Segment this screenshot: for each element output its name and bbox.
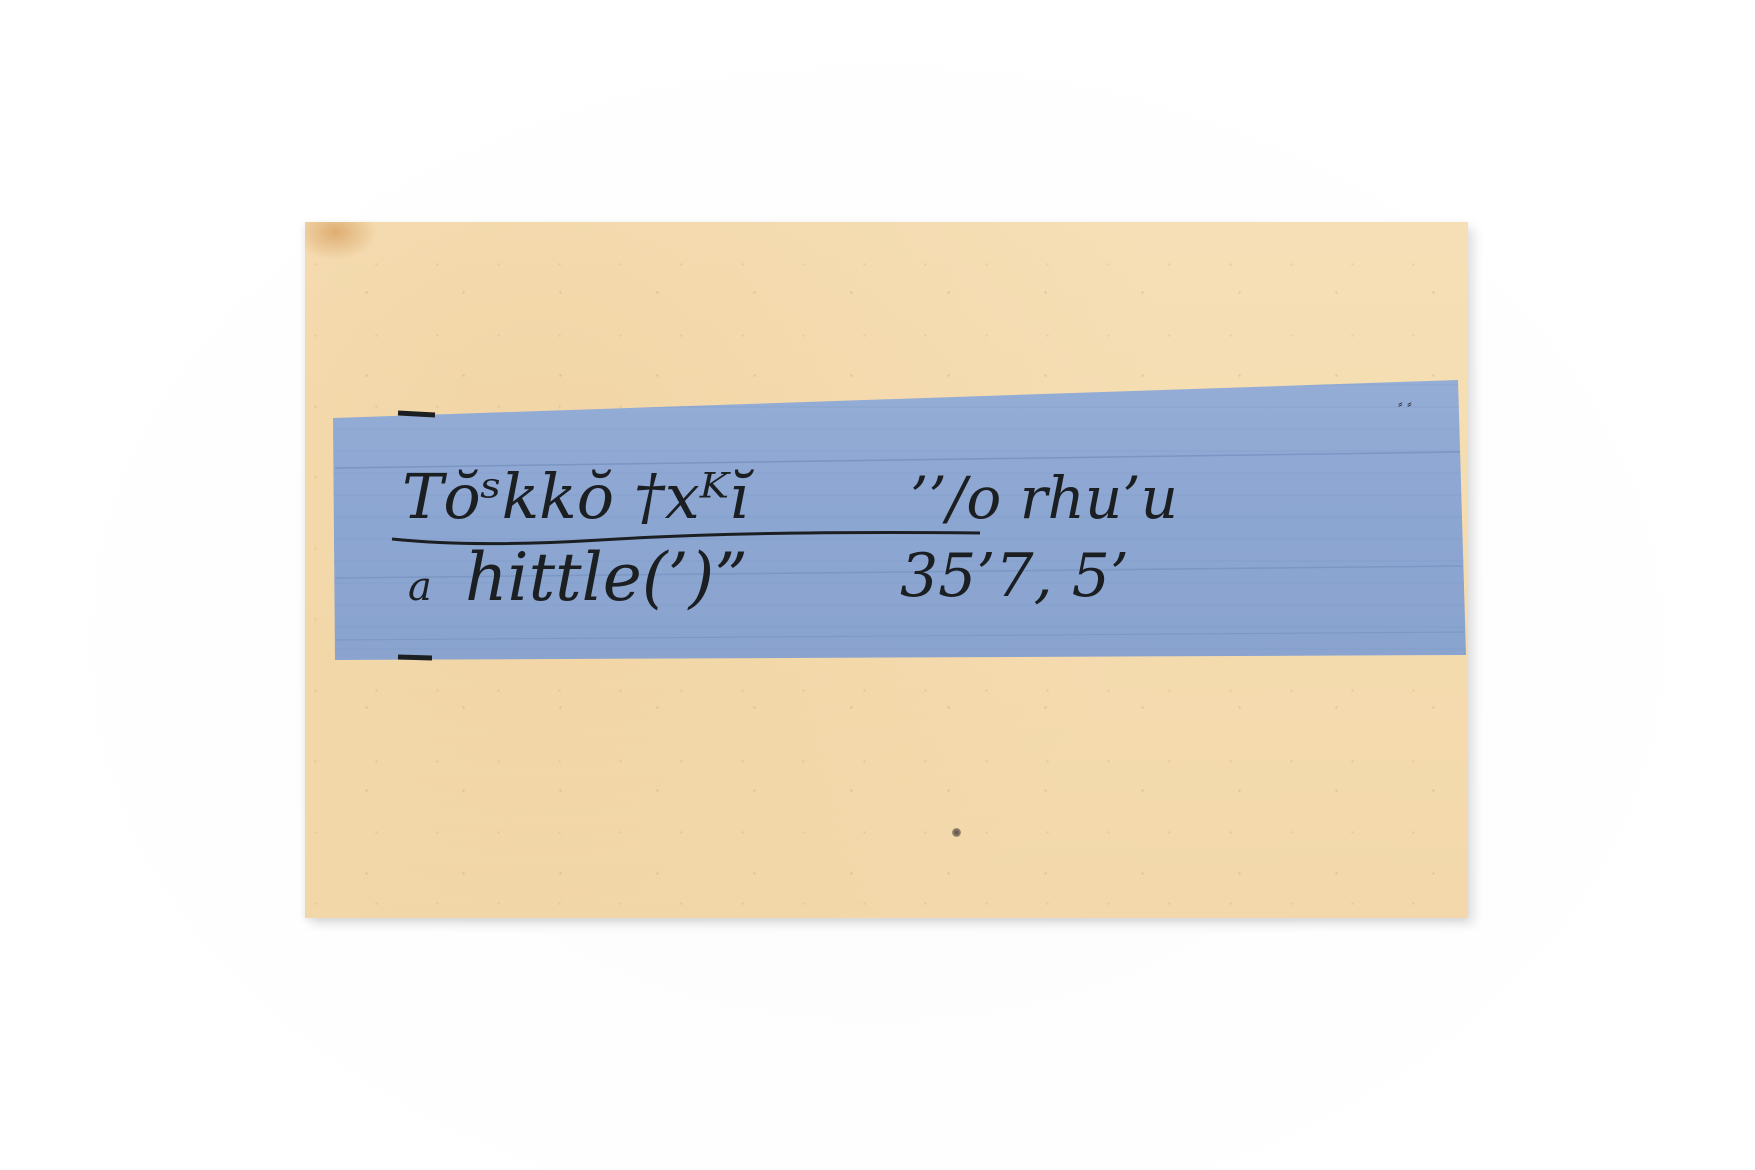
- ink-spot: [952, 828, 961, 837]
- beige-card: [305, 222, 1468, 918]
- photo-background: Tŏˢkkŏ †xᴷĭ ’’/o rhu’u a hittle(’)” 35’7…: [0, 0, 1755, 1170]
